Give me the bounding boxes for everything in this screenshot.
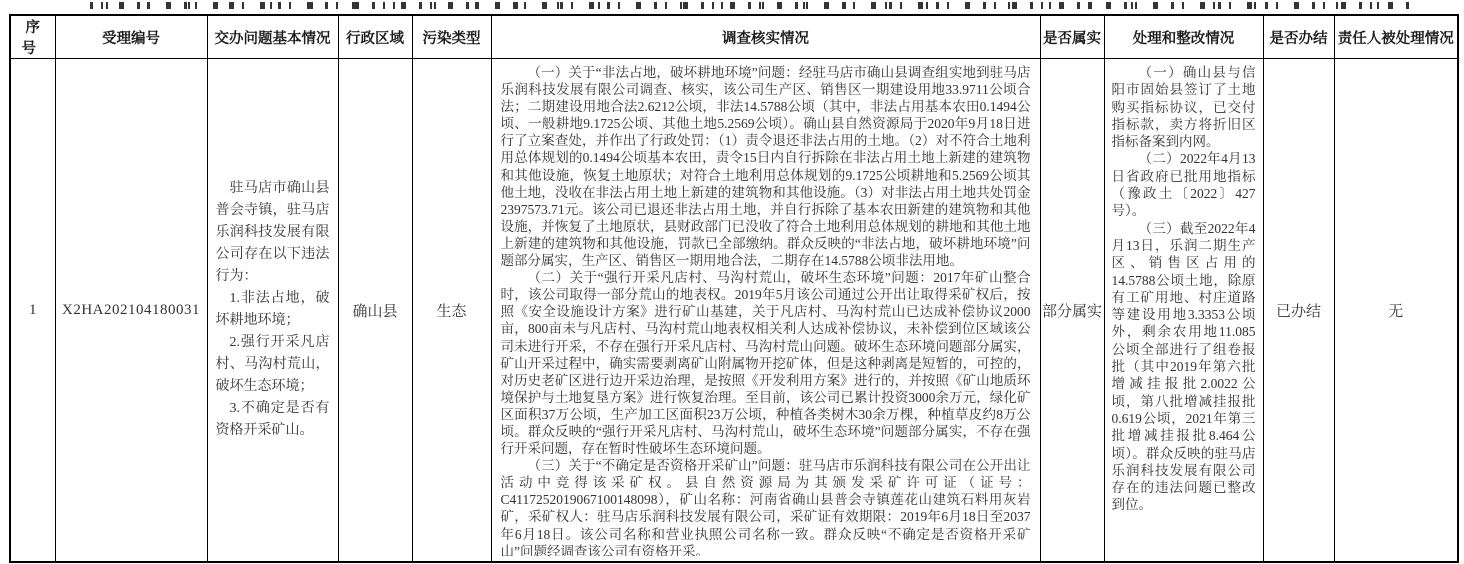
column-header-rectification: 处理和整改情况 <box>1104 15 1263 59</box>
column-header-region: 行政区域 <box>338 15 412 59</box>
cell-pollution-type: 生态 <box>412 59 491 563</box>
inspection-results-table: 序号 受理编号 交办问题基本情况 行政区域 污染类型 调查核实情况 是否属实 处… <box>9 14 1459 563</box>
column-header-pollution-type: 污染类型 <box>412 15 491 59</box>
investigation-paragraph: （一）关于“非法占地，破坏耕地环境”问题：经驻马店市确山县调查组实地到驻马店乐润… <box>501 64 1031 269</box>
cell-rectification: （一）确山县与信阳市固始县签订了土地购买指标协议，已交付指标款，卖方将折旧区指标… <box>1104 59 1263 563</box>
rectification-paragraph: （二）2022年4月13日省政府已批用地指标（豫政土〔2022〕427号）。 <box>1112 150 1256 219</box>
rectification-text-block: （一）确山县与信阳市固始县签订了土地购买指标协议，已交付指标款，卖方将折旧区指标… <box>1112 64 1256 514</box>
investigation-text-block: （一）关于“非法占地，破坏耕地环境”问题：经驻马店市确山县调查组实地到驻马店乐润… <box>501 64 1031 556</box>
cell-is-completed: 已办结 <box>1263 59 1334 563</box>
cell-region: 确山县 <box>338 59 412 563</box>
column-header-investigation: 调查核实情况 <box>491 15 1040 59</box>
header-row: 序号 受理编号 交办问题基本情况 行政区域 污染类型 调查核实情况 是否属实 处… <box>10 15 1458 59</box>
column-header-responsible-handling: 责任人被处理情况 <box>1334 15 1458 59</box>
rectification-paragraph: （一）确山县与信阳市固始县签订了土地购买指标协议，已交付指标款，卖方将折旧区指标… <box>1112 64 1256 150</box>
problem-paragraph: 驻马店市确山县普会寺镇，驻马店乐润科技发展有限公司存在以下违法行为： <box>216 178 330 288</box>
column-header-is-completed: 是否办结 <box>1263 15 1334 59</box>
cell-serial: 1 <box>10 59 55 563</box>
table-row: 1 X2HA202104180031 驻马店市确山县普会寺镇，驻马店乐润科技发展… <box>10 59 1458 563</box>
investigation-paragraph: （三）关于“不确定是否资格开采矿山”问题：驻马店市乐润科技有限公司在公开出让活动… <box>501 457 1031 556</box>
problem-paragraph: 3.不确定是否有资格开采矿山。 <box>216 398 330 442</box>
column-header-serial: 序号 <box>10 15 55 59</box>
cell-investigation: （一）关于“非法占地，破坏耕地环境”问题：经驻马店市确山县调查组实地到驻马店乐润… <box>491 59 1040 563</box>
column-header-problem-basic: 交办问题基本情况 <box>207 15 338 59</box>
problem-paragraph: 2.强行开采凡店村、马沟村荒山，破坏生态环境； <box>216 332 330 398</box>
cell-acceptance-no: X2HA202104180031 <box>55 59 207 563</box>
cell-is-true: 部分属实 <box>1040 59 1104 563</box>
cell-problem-basic: 驻马店市确山县普会寺镇，驻马店乐润科技发展有限公司存在以下违法行为： 1.非法占… <box>207 59 338 563</box>
problem-paragraph: 1.非法占地，破坏耕地环境； <box>216 288 330 332</box>
clipped-title-fragments <box>90 2 1412 9</box>
column-header-acceptance-no: 受理编号 <box>55 15 207 59</box>
document-page: 序号 受理编号 交办问题基本情况 行政区域 污染类型 调查核实情况 是否属实 处… <box>0 0 1464 564</box>
cell-responsible-handling: 无 <box>1334 59 1458 563</box>
investigation-paragraph: （二）关于“强行开采凡店村、马沟村荒山，破坏生态环境”问题：2017年矿山整合时… <box>501 269 1031 457</box>
column-header-is-true: 是否属实 <box>1040 15 1104 59</box>
rectification-paragraph: （三）截至2022年4月13日，乐润二期生产区、销售区占用的14.5788公顷土… <box>1112 220 1256 514</box>
